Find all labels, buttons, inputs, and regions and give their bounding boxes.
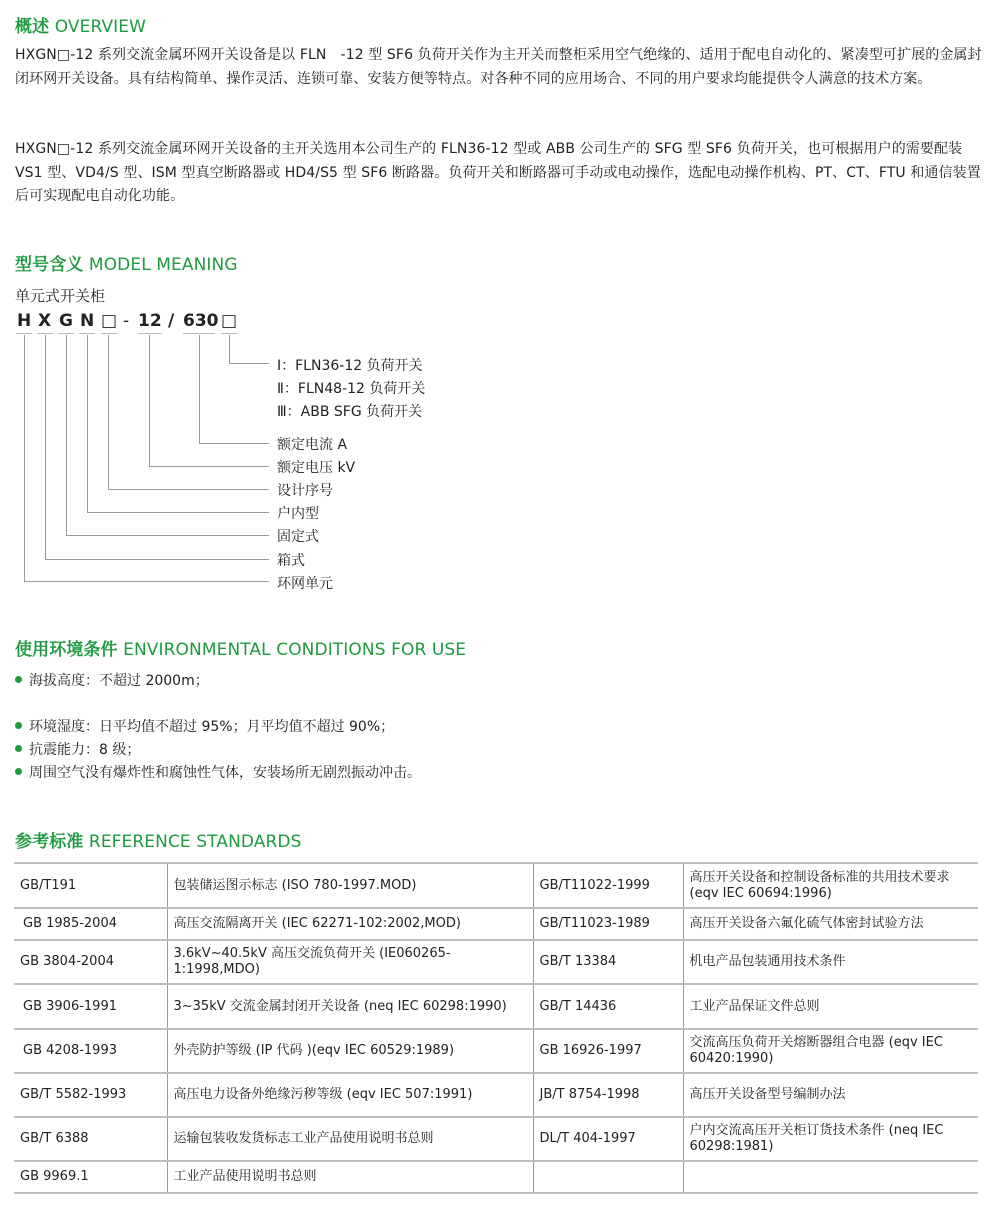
table-row: GB 1985-2004 高压交流隔离开关 (IEC 62271-102:200… bbox=[14, 908, 978, 940]
standard-desc: 外壳防护等级 (IP 代码 )(eqv IEC 60529:1989) bbox=[167, 1029, 533, 1073]
standard-desc: 高压开关设备六氟化硫气体密封试验方法 bbox=[683, 908, 978, 940]
env-item-humidity: 环境湿度：日平均值不超过 95%；月平均值不超过 90%； bbox=[15, 716, 394, 736]
code-part-slash: / bbox=[168, 311, 174, 331]
code-part-x: X bbox=[38, 311, 51, 331]
code-part-h: H bbox=[17, 311, 31, 331]
env-item-text: 抗震能力：8 级； bbox=[29, 742, 140, 758]
standard-desc: 机电产品包装通用技术条件 bbox=[683, 940, 978, 984]
standard-desc: 3~35kV 交流金属封闭开关设备 (neq IEC 60298:1990) bbox=[167, 984, 533, 1029]
standard-desc bbox=[683, 1161, 978, 1193]
label-design-serial: 设计序号 bbox=[277, 480, 333, 500]
env-item-seismic: 抗震能力：8 级； bbox=[15, 739, 140, 759]
standard-code: GB 3804-2004 bbox=[14, 940, 167, 984]
standard-desc: 高压交流隔离开关 (IEC 62271-102:2002,MOD) bbox=[167, 908, 533, 940]
standard-desc: 高压开关设备型号编制办法 bbox=[683, 1073, 978, 1117]
standards-heading-cn: 参考标准 bbox=[15, 832, 83, 852]
standards-heading: 参考标准 REFERENCE STANDARDS bbox=[15, 827, 302, 852]
standards-heading-en: REFERENCE STANDARDS bbox=[89, 832, 302, 852]
standard-code: GB 16926-1997 bbox=[533, 1029, 683, 1073]
standard-code: JB/T 8754-1998 bbox=[533, 1073, 683, 1117]
label-rated-current: 额定电流 A bbox=[277, 434, 347, 454]
env-item-altitude: 海拔高度：不超过 2000m； bbox=[15, 670, 209, 690]
bullet-dot-icon bbox=[15, 676, 22, 683]
standard-desc: 3.6kV~40.5kV 高压交流负荷开关 (IE060265-1:1998,M… bbox=[167, 940, 533, 984]
environment-heading-en: ENVIRONMENTAL CONDITIONS FOR USE bbox=[123, 640, 466, 660]
standard-desc: 高压开关设备和控制设备标准的共用技术要求 (eqv IEC 60694:1996… bbox=[683, 863, 978, 908]
model-meaning-heading-en: MODEL MEANING bbox=[89, 255, 238, 275]
overview-paragraph-2: HXGN□-12 系列交流金属环网开关设备的主开关选用本公司生产的 FLN36-… bbox=[15, 138, 985, 209]
label-ring-main-unit: 环网单元 bbox=[277, 573, 333, 593]
code-part-box-2: □ bbox=[221, 311, 237, 331]
standard-code: GB/T 13384 bbox=[533, 940, 683, 984]
standard-code: GB/T 5582-1993 bbox=[14, 1073, 167, 1117]
env-item-text: 海拔高度：不超过 2000m； bbox=[29, 673, 209, 689]
standard-code bbox=[533, 1161, 683, 1193]
table-row: GB 4208-1993 外壳防护等级 (IP 代码 )(eqv IEC 605… bbox=[14, 1029, 978, 1073]
option-3: Ⅲ：ABB SFG 负荷开关 bbox=[277, 401, 422, 421]
standard-desc: 交流高压负荷开关熔断器组合电器 (eqv IEC 60420:1990) bbox=[683, 1029, 978, 1073]
label-box-type: 箱式 bbox=[277, 550, 305, 570]
label-rated-voltage: 额定电压 kV bbox=[277, 457, 355, 477]
label-fixed-type: 固定式 bbox=[277, 526, 319, 546]
standards-table: GB/T191 包装储运图示标志 (ISO 780-1997.MOD) GB/T… bbox=[14, 862, 978, 1194]
overview-heading-cn: 概述 bbox=[15, 17, 49, 37]
standard-code: GB/T 14436 bbox=[533, 984, 683, 1029]
env-item-text: 周围空气没有爆炸性和腐蚀性气体，安装场所无剧烈振动冲击。 bbox=[29, 765, 421, 781]
code-part-box-1: □ bbox=[101, 311, 117, 331]
standard-desc: 包装储运图示标志 (ISO 780-1997.MOD) bbox=[167, 863, 533, 908]
standard-desc: 运输包装收发货标志工业产品使用说明书总则 bbox=[167, 1117, 533, 1161]
model-subtitle: 单元式开关柜 bbox=[15, 285, 105, 306]
bullet-dot-icon bbox=[15, 745, 22, 752]
standard-code: GB/T191 bbox=[14, 863, 167, 908]
code-part-current: 630 bbox=[183, 311, 219, 331]
standard-desc: 高压电力设备外绝缘污秽等级 (eqv IEC 507:1991) bbox=[167, 1073, 533, 1117]
overview-paragraph-1: HXGN□-12 系列交流金属环网开关设备是以 FLN -12 型 SF6 负荷… bbox=[15, 44, 985, 91]
model-meaning-heading: 型号含义 MODEL MEANING bbox=[15, 250, 238, 275]
table-row: GB/T 6388 运输包装收发货标志工业产品使用说明书总则 DL/T 404-… bbox=[14, 1117, 978, 1161]
table-row: GB 3906-1991 3~35kV 交流金属封闭开关设备 (neq IEC … bbox=[14, 984, 978, 1029]
standard-code: DL/T 404-1997 bbox=[533, 1117, 683, 1161]
env-item-text: 环境湿度：日平均值不超过 95%；月平均值不超过 90%； bbox=[29, 719, 394, 735]
code-part-n: N bbox=[80, 311, 94, 331]
overview-heading: 概述 OVERVIEW bbox=[15, 12, 146, 37]
standard-code: GB/T11022-1999 bbox=[533, 863, 683, 908]
option-2: Ⅱ：FLN48-12 负荷开关 bbox=[277, 378, 425, 398]
standard-desc: 工业产品保证文件总则 bbox=[683, 984, 978, 1029]
standard-desc: 工业产品使用说明书总则 bbox=[167, 1161, 533, 1193]
standard-code: GB/T 6388 bbox=[14, 1117, 167, 1161]
table-row: GB/T 5582-1993 高压电力设备外绝缘污秽等级 (eqv IEC 50… bbox=[14, 1073, 978, 1117]
code-part-dash: - bbox=[123, 311, 129, 331]
table-row: GB 9969.1 工业产品使用说明书总则 bbox=[14, 1161, 978, 1193]
overview-heading-en: OVERVIEW bbox=[55, 17, 146, 37]
standard-code: GB 3906-1991 bbox=[14, 984, 167, 1029]
option-1: Ⅰ：FLN36-12 负荷开关 bbox=[277, 355, 423, 375]
environment-heading-cn: 使用环境条件 bbox=[15, 640, 118, 660]
code-part-voltage: 12 bbox=[138, 311, 162, 331]
standard-desc: 户内交流高压开关柜订货技术条件 (neq IEC 60298:1981) bbox=[683, 1117, 978, 1161]
code-part-g: G bbox=[59, 311, 73, 331]
label-indoor-type: 户内型 bbox=[277, 503, 319, 523]
bullet-dot-icon bbox=[15, 722, 22, 729]
table-row: GB/T191 包装储运图示标志 (ISO 780-1997.MOD) GB/T… bbox=[14, 863, 978, 908]
env-item-air: 周围空气没有爆炸性和腐蚀性气体，安装场所无剧烈振动冲击。 bbox=[15, 762, 421, 782]
table-row: GB 3804-2004 3.6kV~40.5kV 高压交流负荷开关 (IE06… bbox=[14, 940, 978, 984]
standard-code: GB/T11023-1989 bbox=[533, 908, 683, 940]
model-meaning-heading-cn: 型号含义 bbox=[15, 255, 83, 275]
environment-heading: 使用环境条件 ENVIRONMENTAL CONDITIONS FOR USE bbox=[15, 635, 466, 660]
standard-code: GB 1985-2004 bbox=[14, 908, 167, 940]
standard-code: GB 4208-1993 bbox=[14, 1029, 167, 1073]
standard-code: GB 9969.1 bbox=[14, 1161, 167, 1193]
bullet-dot-icon bbox=[15, 768, 22, 775]
